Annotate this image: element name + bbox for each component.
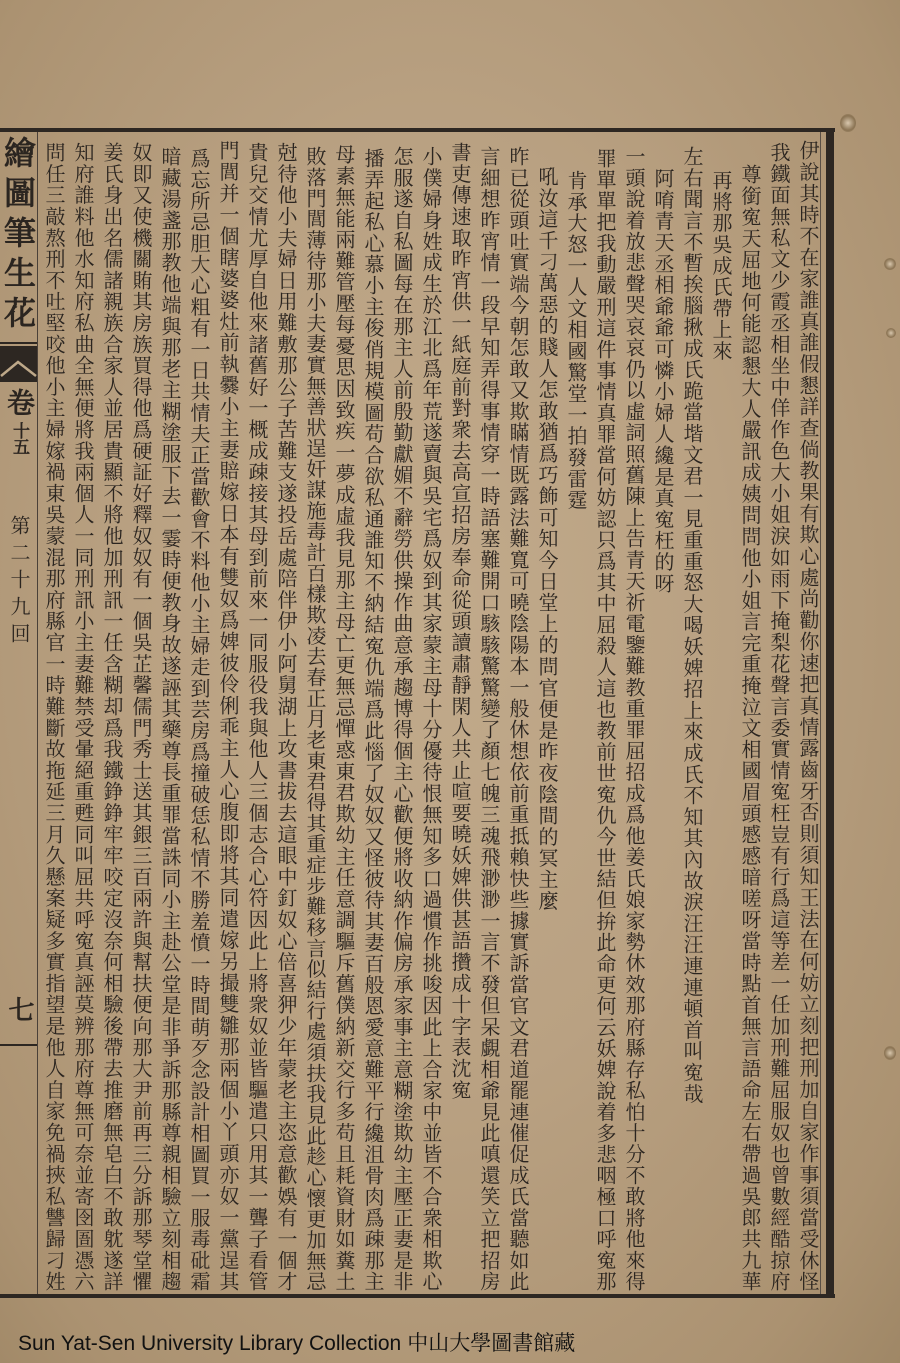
text-column: 姜氏身出名儒諸親族合家人並居貴顯不將他加刑訊一任含糊却爲我鐵錚錚牢牢咬定沒奈何相…	[101, 142, 123, 1291]
frame-right-border	[826, 128, 834, 1298]
margin-divider-line	[37, 132, 38, 1294]
caption-chinese: 中山大學圖書館藏	[407, 1331, 575, 1355]
text-column: 小僕婦身姓成生於江北爲年荒遂賣與吳宅爲奴到其家蒙主母十分優待恨無知多口過慣作挑唆…	[420, 146, 442, 1291]
text-column: 書吏傳速取昨宵供一紙庭前對衆去高宣招房奉命從頭讀肅靜閑人共止喧要曉妖婢供甚語攢成…	[449, 142, 471, 1101]
frame-right-inner-line	[820, 132, 821, 1294]
text-column: 罪單單把我動嚴刑這件事情真罪當何妨認只爲其中屈殺人這也教前世寃仇今世結但拚此命更…	[594, 148, 616, 1291]
text-column: 奴即又使機關賄其房族買得他爲硬証好釋奴奴有一個吳芷馨儒門秀士送其銀三百兩許與幫扶…	[130, 142, 152, 1291]
caption-english: Sun Yat-Sen University Library Collectio…	[18, 1332, 401, 1355]
text-column: 知府誰料他水知府私曲全無便將我兩個人一同刑訊小主妻難禁受暈絕重甦同叫屈共呼寃真誣…	[72, 142, 94, 1291]
library-caption: Sun Yat-Sen University Library Collectio…	[18, 1327, 575, 1357]
text-column: 昨已從頭吐實端今朝怎敢又欺瞞情既露法難寬可曉陰陽本一般休想依前重抵賴快些據實訴當…	[507, 146, 529, 1291]
text-column: 吼汝這千刁萬惡的賤人怎敢猶爲巧飾可知今日堂上的問官便是昨夜陰間的冥主麼	[536, 166, 558, 912]
paper-damage-mark	[884, 258, 896, 270]
text-column: 我鐵面無私文少霞丞相坐中佯作色大小姐淚如雨下掩梨花聲言委實情寃枉豈有行爲這等差一…	[768, 142, 790, 1291]
paper-damage-mark	[884, 1046, 896, 1060]
text-column: 一頭說着放悲聲哭哀哀仍以虛詞照舊陳上告青天祈電鑒難教重罪屈招成爲他姜氏娘家勢休效…	[623, 146, 645, 1291]
text-column: 貴兒交情尤厚自他來諸舊好一概成疎接其母到前來一同服役我與他人三個志合心符因此上將…	[246, 142, 268, 1291]
margin-rule	[0, 342, 37, 344]
fishtail-ornament-icon	[0, 346, 37, 382]
book-title: 繪圖筆生花	[0, 136, 36, 336]
text-column: 暗藏湯盞那教他端與那老主糊塗服下去一霎時便教身故遂誣其藥尊長重罪當誅同小主赴公堂…	[159, 146, 181, 1291]
text-column: 尊銜寃天屈地何能認懇大人嚴訊成姨問問他小姐言完重掩泣文相國眉頭慼慼暗嗟呀當時點首…	[739, 164, 761, 1291]
chapter-label: 第二十九回	[8, 515, 30, 650]
margin-rule	[0, 1044, 37, 1046]
text-column: 播弄起私心慕小主俊俏規模圖苟合欲私通誰知不納結寃仇端爲此惱了奴奴又怪彼待其妻百般…	[362, 148, 384, 1291]
text-column: 門閭并一個瞎婆婆灶前執爨小主妻賠嫁日本有雙奴爲婢彼伶俐乖主人心腹即將其同遣嫁另撮…	[217, 140, 239, 1291]
text-column: 母素無能兩難管壓每憂思因致疾一夢成虛我見那主母亡更無忌憚惑東君欺幼主任意調驅斥舊…	[333, 144, 355, 1291]
page-number: 七	[4, 996, 34, 1022]
text-column: 問任三敲熬刑不吐堅咬他小主婦嫁禍東吳蒙混那府縣官一時難斷故拖延三月久懸案疑多實指…	[43, 142, 65, 1291]
paper-damage-mark	[886, 328, 896, 338]
text-column: 肯承大怒一人文相國驚堂一拍發雷霆	[565, 170, 587, 511]
paper-damage-mark	[840, 114, 856, 132]
text-column: 言細想昨宵情一段早知弄得事情穿一時語塞難開口駭駭驚驚變了顏七魄三魂飛渺渺一言不發…	[478, 146, 500, 1291]
text-column: 伊說其時不在家誰真誰假懇詳查倘教果有欺心處尚勸你速把真情露齒牙否則須知王法在何妨…	[797, 140, 819, 1291]
text-column: 敗落門閭薄待那小夫妻實無善狀逞奸謀施毒計百樣欺凌去春正月老東君得其重症步難移言似…	[304, 146, 326, 1291]
text-column: 尅待他小夫婦日用難敷那公子苦難支遂投岳處陪伴伊小阿舅湖上攻書拔去這眼中釘奴心倍喜…	[275, 142, 297, 1291]
frame-top-border	[0, 128, 835, 132]
text-column: 再將那吳成氏帶上來	[710, 170, 732, 362]
text-column: 怎服遂自私圖每在那主人前殷勤獻媚不辭勞供操作曲意承趨博得個主心歡便將收納作偏房承…	[391, 146, 413, 1291]
text-column: 爲忘所忌胆大心粗有一日共情夫正當歡會不料他小主婦走到芸房爲撞破恁私情不勝羞憤一時…	[188, 148, 210, 1291]
volume-number: 十五	[9, 422, 29, 454]
text-column: 阿唷青天丞相爺爺可憐小婦人纔是真寃枉的呀	[652, 168, 674, 594]
frame-bottom-border	[0, 1294, 835, 1298]
volume-label: 卷	[3, 388, 35, 416]
text-column: 左右聞言不暫挨腦揪成氏跪當堦文君一見重重怒大喝妖婢招上來成氏不知其內故淚汪汪連連…	[681, 146, 703, 1105]
